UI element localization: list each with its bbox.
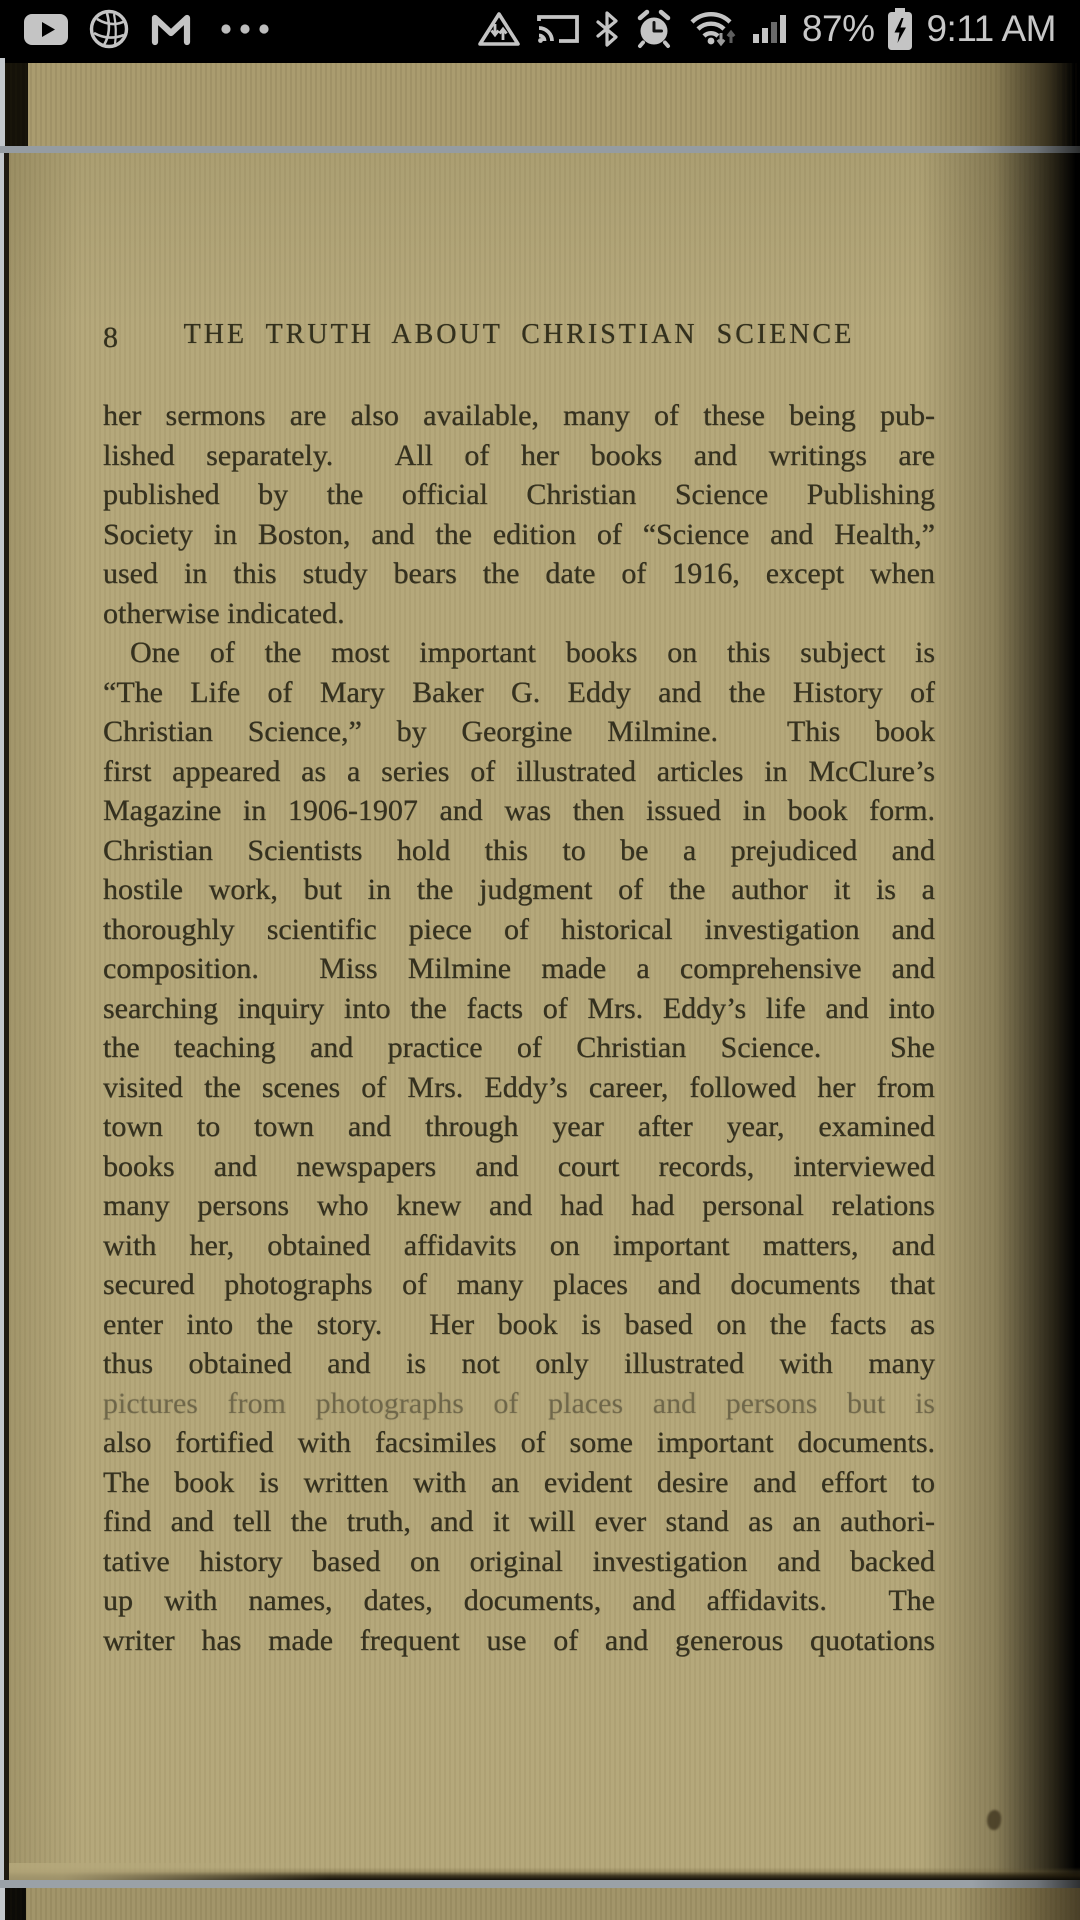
text-line: her sermons are also available, many of … — [103, 396, 935, 436]
text-line: hostile work, but in the judgment of the… — [103, 870, 935, 910]
phone-screen: 87% 9:11 AM 8 THE TRUTH ABOUT CHRISTIAN … — [0, 0, 1080, 1920]
text-line: tative history based on original investi… — [103, 1542, 935, 1582]
status-bar[interactable]: 87% 9:11 AM — [0, 0, 1080, 58]
text-line: books and newspapers and court records, … — [103, 1147, 935, 1187]
page-stain — [986, 1809, 1003, 1831]
alarm-icon — [633, 8, 675, 50]
text-line: Society in Boston, and the edition of “S… — [103, 515, 935, 555]
battery-percent: 87% — [802, 8, 875, 50]
text-line: the teaching and practice of Christian S… — [103, 1028, 935, 1068]
text-line: secured photographs of many places and d… — [103, 1265, 935, 1305]
text-line: used in this study bears the date of 191… — [103, 554, 935, 594]
page-number: 8 — [103, 321, 118, 355]
text-line: published by the official Christian Scie… — [103, 475, 935, 515]
text-line: lished separately. All of her books and … — [103, 436, 935, 476]
text-line: first appeared as a series of illustrate… — [103, 752, 935, 792]
text-line: otherwise indicated. — [103, 594, 935, 634]
page-separator-bottom — [0, 1880, 1080, 1888]
status-time: 9:11 AM — [926, 8, 1056, 50]
battery-charging-icon — [887, 8, 913, 51]
text-line: thus obtained and is not only illustrate… — [103, 1344, 935, 1384]
globe-icon — [88, 8, 130, 50]
text-line: searching inquiry into the facts of Mrs.… — [103, 989, 935, 1029]
text-line: Christian Science,” by Georgine Milmine.… — [103, 712, 935, 752]
gmail-icon — [150, 13, 192, 46]
text-line: pictures from photographs of places and … — [103, 1384, 935, 1424]
book-page[interactable]: 8 THE TRUTH ABOUT CHRISTIAN SCIENCE her … — [4, 153, 1080, 1880]
text-line: writer has made frequent use of and gene… — [103, 1621, 935, 1661]
youtube-icon — [24, 14, 68, 45]
page-separator-top — [0, 146, 1080, 153]
text-line: many persons who knew and had had person… — [103, 1186, 935, 1226]
next-page-edge[interactable] — [5, 1888, 1080, 1920]
previous-page-edge[interactable] — [5, 63, 1080, 146]
text-line: Magazine in 1906-1907 and was then issue… — [103, 791, 935, 831]
bluetooth-icon — [594, 10, 620, 48]
page-body: her sermons are also available, many of … — [103, 396, 935, 1660]
text-line: The book is written with an evident desi… — [103, 1463, 935, 1503]
wifi-updown-icon — [688, 9, 740, 49]
cast-icon — [535, 11, 581, 47]
text-line: One of the most important books on this … — [103, 633, 935, 673]
more-notifications-icon — [220, 23, 272, 35]
text-line: find and tell the truth, and it will eve… — [103, 1502, 935, 1542]
text-line: Christian Scientists hold this to be a p… — [103, 831, 935, 871]
data-saver-icon — [476, 9, 522, 49]
text-line: composition. Miss Milmine made a compreh… — [103, 949, 935, 989]
running-title: THE TRUTH ABOUT CHRISTIAN SCIENCE — [103, 319, 935, 351]
text-line: enter into the story. Her book is based … — [103, 1305, 935, 1345]
system-status-icons: 87% 9:11 AM — [476, 8, 1056, 51]
text-line: with her, obtained affidavits on importa… — [103, 1226, 935, 1266]
text-line: thoroughly scientific piece of historica… — [103, 910, 935, 950]
text-line: visited the scenes of Mrs. Eddy’s career… — [103, 1068, 935, 1108]
text-line: town to town and through year after year… — [103, 1107, 935, 1147]
notification-icons — [24, 8, 272, 50]
text-line: also fortified with facsimiles of some i… — [103, 1423, 935, 1463]
page-bottom-shadow — [9, 1863, 1080, 1880]
page-header: 8 THE TRUTH ABOUT CHRISTIAN SCIENCE — [103, 319, 935, 355]
text-line: “The Life of Mary Baker G. Eddy and the … — [103, 673, 935, 713]
text-line: up with names, dates, documents, and aff… — [103, 1581, 935, 1621]
signal-bars-icon — [753, 13, 789, 45]
